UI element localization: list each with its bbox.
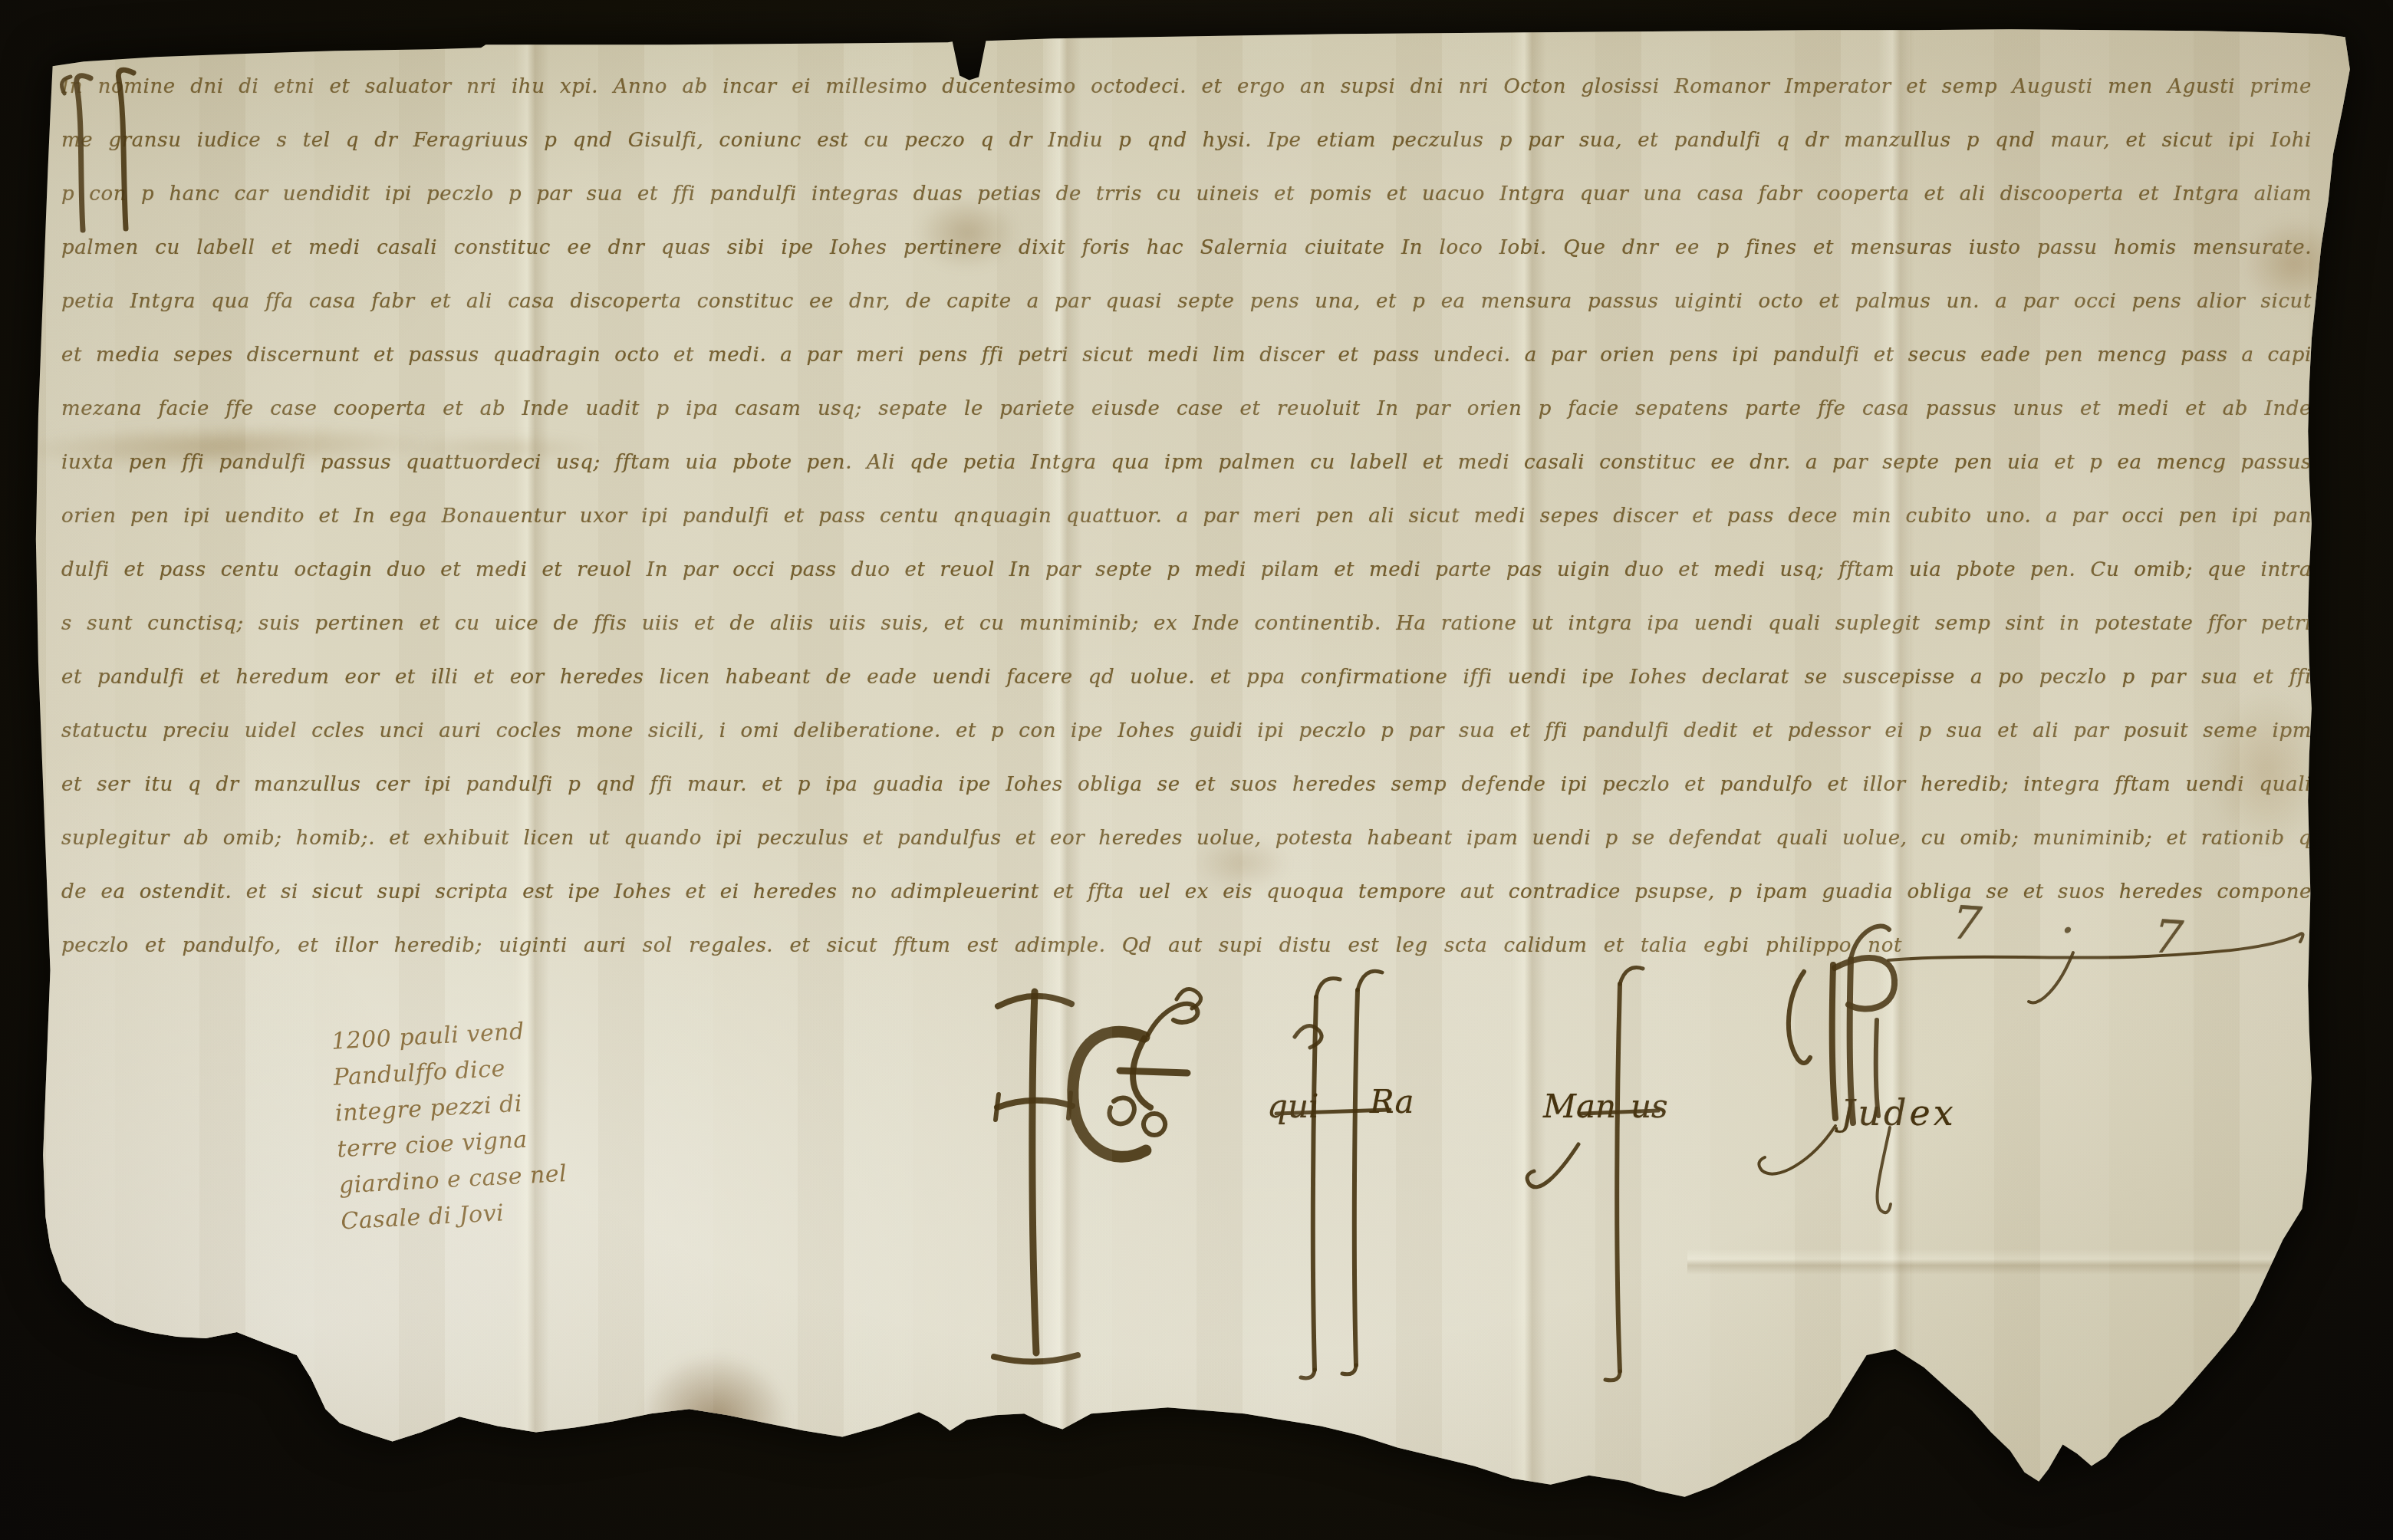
photo-background: In nomine dni di etni et saluator nri ih… <box>0 0 2393 1540</box>
signature-name-1-right: Ra <box>1370 1083 1414 1120</box>
signature-name-1-left: qui <box>1267 1088 1318 1125</box>
parchment-wrap: In nomine dni di etni et saluator nri ih… <box>0 0 2393 1540</box>
charter-text-line: p con p hanc car uendidit ipi peczlo p p… <box>61 167 2312 221</box>
charter-text-line: et media sepes discernunt et passus quad… <box>61 328 2312 382</box>
signature-name-2-left: Man <box>1543 1088 1616 1125</box>
charter-text-line: mezana facie ffe case cooperta et ab Ind… <box>61 382 2312 436</box>
signature-name-2-right: us <box>1631 1088 1668 1125</box>
charter-text-line: In nomine dni di etni et saluator nri ih… <box>61 60 2312 114</box>
charter-text-line: suplegitur ab omib; homib;. et exhibuit … <box>61 811 2312 865</box>
signature-name-judex: Judex <box>1841 1092 1957 1134</box>
signature-1-flourish <box>1276 971 1390 1378</box>
charter-text-line: et ser itu q dr manzullus cer ipi pandul… <box>61 758 2312 811</box>
charter-text-line: palmen cu labell et medi casali constitu… <box>61 221 2312 275</box>
charter-text-line: me gransu iudice s tel q dr Feragriuus p… <box>61 114 2312 167</box>
charter-text-line: iuxta pen ffi pandulfi passus quattuorde… <box>61 436 2312 489</box>
charter-text-line: petia Intgra qua ffa casa fabr et ali ca… <box>61 275 2312 328</box>
notary-sign-monogram <box>1073 989 1201 1157</box>
charter-text-line: statuctu preciu uidel ccles unci auri co… <box>61 704 2312 758</box>
fold-crease-horizontal <box>1687 1249 2316 1275</box>
charter-text-line: dulfi et pass centu octagin duo et medi … <box>61 543 2312 597</box>
charter-text-line: et pandulfi et heredum eor et illi et eo… <box>61 650 2312 704</box>
parchment-sheet: In nomine dni di etni et saluator nri ih… <box>0 0 2393 1540</box>
charter-text-line: s sunt cunctisq; suis pertinen et cu uic… <box>61 597 2312 650</box>
signature-2-flourish <box>1527 968 1658 1380</box>
charter-text-line: orien pen ipi uendito et In ega Bonauent… <box>61 489 2312 543</box>
notary-sign-cross <box>994 992 1078 1362</box>
archival-note: 1200 pauli vendPandulffo diceintegre pez… <box>331 1005 709 1240</box>
bottom-stain <box>641 1354 787 1485</box>
charter-body-text: In nomine dni di etni et saluator nri ih… <box>61 60 2312 919</box>
charter-last-line: peczlo et pandulfo, et illor heredib; ui… <box>61 919 1902 972</box>
